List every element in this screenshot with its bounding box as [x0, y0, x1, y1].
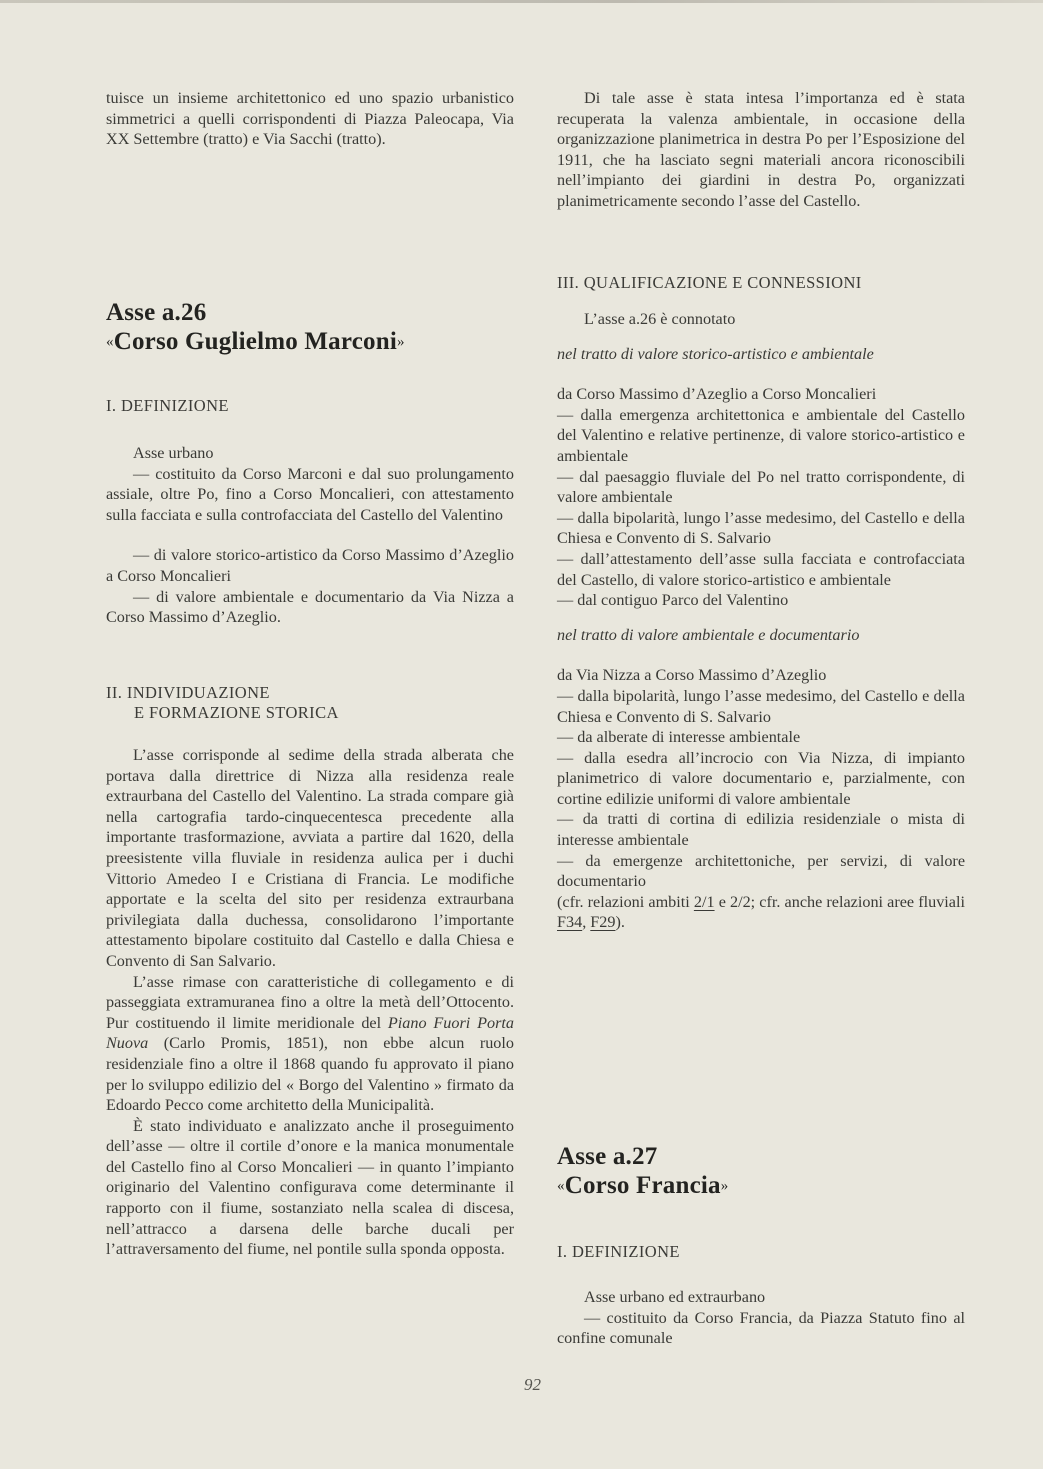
stretch1-item: — dalla emergenza architettonica e ambie… — [557, 405, 965, 467]
asse-a26-title-line2: «Corso Guglielmo Marconi» — [106, 327, 514, 357]
stretch2-item: — dalla bipolarità, lungo l’asse medesim… — [557, 686, 965, 727]
a27-definition-lead: Asse urbano ed extraurbano — [557, 1287, 965, 1308]
intro-paragraph: tuisce un insieme architettonico ed uno … — [106, 88, 514, 150]
a26-section-ii-heading-line2: E FORMAZIONE STORICA — [106, 703, 514, 723]
stretch1-item: — dal contiguo Parco del Valentino — [557, 590, 965, 611]
a26-section-ii: II. INDIVIDUAZIONE E FORMAZIONE STORICA … — [106, 683, 514, 1260]
a26-history-para2: L’asse rimase con caratteristiche di col… — [106, 972, 514, 1116]
a26-definition-item3: — di valore ambientale e documentario da… — [106, 587, 514, 628]
ref-suffix: ). — [616, 913, 625, 931]
open-quote: « — [106, 334, 114, 350]
stretch1-label: nel tratto di valore storico-artistico e… — [557, 344, 965, 365]
stretch2-item: — da tratti di cortina di edilizia resid… — [557, 809, 965, 850]
page-number: 92 — [524, 1375, 541, 1395]
para2-text-b: (Carlo Promis, 1851), non ebbe alcun ruo… — [106, 1034, 514, 1114]
ref-prefix: (cfr. relazioni ambiti — [557, 893, 694, 911]
a26-history-para3: È stato individuato e analizzato anche i… — [106, 1116, 514, 1260]
asse-a27-title-line1: Asse a.27 — [557, 1142, 965, 1171]
a26-definition-item1: — costituito da Corso Marconi e dal suo … — [106, 464, 514, 526]
continuation-paragraph: Di tale asse è stata intesa l’importanza… — [557, 88, 965, 212]
ref-area-f34[interactable]: F34 — [557, 913, 582, 931]
ref-middle: e 2/2; cfr. anche relazioni aree fluvial… — [715, 893, 965, 911]
ref-area-f29[interactable]: F29 — [590, 913, 615, 931]
a26-section-iii-heading: III. QUALIFICAZIONE E CONNESSIONI — [557, 273, 965, 293]
a26-section-ii-heading-line1: II. INDIVIDUAZIONE — [106, 683, 514, 703]
asse-a27-name: Corso Francia — [565, 1172, 721, 1199]
a27-definition-item1: — costituito da Corso Francia, da Piazza… — [557, 1308, 965, 1349]
open-quote: « — [557, 1178, 565, 1194]
close-quote: » — [397, 334, 405, 350]
stretch1-item: — dalla bipolarità, lungo l’asse medesim… — [557, 508, 965, 549]
stretch2-item: — da alberate di interesse ambientale — [557, 727, 965, 748]
stretch2-item: — da emergenze architettoniche, per serv… — [557, 851, 965, 892]
asse-a26-title: Asse a.26 «Corso Guglielmo Marconi» — [106, 298, 514, 357]
close-quote: » — [721, 1178, 729, 1194]
a26-qualification-lead: L’asse a.26 è connotato — [557, 309, 965, 330]
asse-a27-title-line2: «Corso Francia» — [557, 1171, 965, 1201]
continuation-block: Di tale asse è stata intesa l’importanza… — [557, 88, 965, 212]
asse-a26-name: Corso Guglielmo Marconi — [114, 328, 397, 355]
a26-section-i: I. DEFINIZIONE Asse urbano — costituito … — [106, 396, 514, 628]
stretch1-item: — dall’attestamento dell’asse sulla facc… — [557, 549, 965, 590]
intro-paragraph-block: tuisce un insieme architettonico ed uno … — [106, 88, 514, 150]
a26-section-iii: III. QUALIFICAZIONE E CONNESSIONI L’asse… — [557, 273, 965, 933]
stretch2-item: — dalla esedra all’incrocio con Via Nizz… — [557, 748, 965, 810]
stretch2-label: nel tratto di valore ambientale e docume… — [557, 625, 965, 646]
page-top-edge — [0, 0, 1043, 3]
stretch2-range: da Via Nizza a Corso Massimo d’Azeglio — [557, 665, 965, 686]
a27-section-i: I. DEFINIZIONE Asse urbano ed extraurban… — [557, 1242, 965, 1349]
asse-a26-title-line1: Asse a.26 — [106, 298, 514, 327]
a26-definition-item2: — di valore storico-artistico da Corso M… — [106, 545, 514, 586]
stretch1-range: da Corso Massimo d’Azeglio a Corso Monca… — [557, 384, 965, 405]
a26-definition-lead: Asse urbano — [106, 443, 514, 464]
cross-reference: (cfr. relazioni ambiti 2/1 e 2/2; cfr. a… — [557, 892, 965, 933]
ref-ambito-2-1[interactable]: 2/1 — [694, 893, 715, 911]
asse-a27-title: Asse a.27 «Corso Francia» — [557, 1142, 965, 1201]
stretch1-item: — dal paesaggio fluviale del Po nel trat… — [557, 467, 965, 508]
a26-history-para1: L’asse corrisponde al sedime della strad… — [106, 745, 514, 972]
a27-section-i-heading: I. DEFINIZIONE — [557, 1242, 965, 1262]
a26-section-i-heading: I. DEFINIZIONE — [106, 396, 514, 416]
